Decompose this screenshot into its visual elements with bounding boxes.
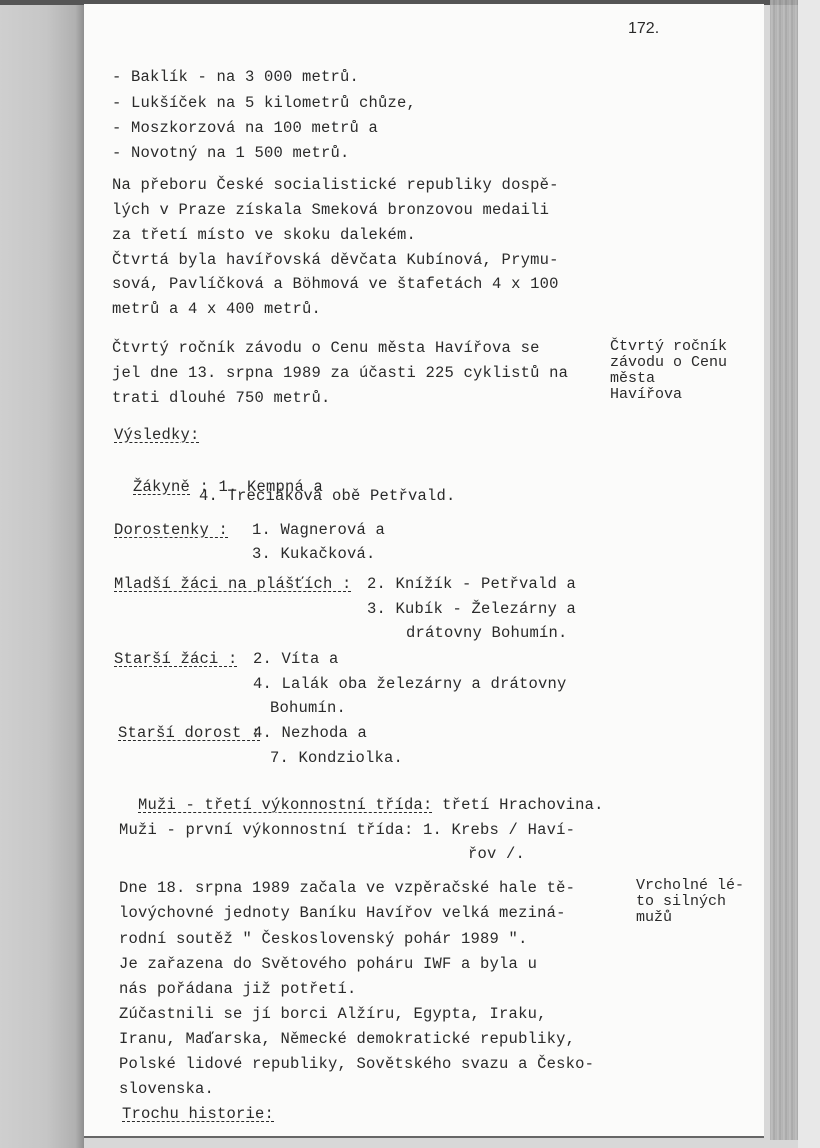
result-entry: drátovny Bohumín. [406, 626, 568, 642]
result-entry: 1. Wagnerová a [252, 523, 385, 539]
margin-note: Čtvrtý ročník závodu o Cenu města Havířo… [610, 339, 727, 403]
paragraph-line: Je zařazena do Světového poháru IWF a by… [119, 957, 537, 973]
paragraph-line: sová, Pavlíčková a Böhmová ve štafetách … [112, 277, 559, 293]
page-number: 172. [628, 20, 659, 38]
result-entry: 4. Nezhoda a [253, 726, 367, 742]
paragraph-line: za třetí místo ve skoku dalekém. [112, 228, 416, 244]
result-entry: Muži - první výkonnostní třída: 1. Krebs… [119, 823, 575, 839]
result-entry: 4. Treciáková obě Petřvald. [199, 489, 456, 505]
paragraph-line: Polské lidové republiky, Sovětského svaz… [119, 1057, 594, 1073]
result-entry: 3. Kukačková. [252, 547, 376, 563]
result-entry: 2. Víta a [253, 652, 339, 668]
list-item: - Baklík - na 3 000 metrů. [112, 70, 359, 86]
paragraph-line: jel dne 13. srpna 1989 za účasti 225 cyk… [112, 366, 568, 382]
paragraph-line: Zúčastnili se jí borci Alžíru, Egypta, I… [119, 1007, 547, 1023]
result-entry: 7. Kondziolka. [270, 751, 403, 767]
result-entry: 2. Knížík - Petřvald a [367, 577, 576, 593]
category-label: Žákyně [133, 478, 190, 496]
paragraph-line: rodní soutěž " Československý pohár 1989… [119, 932, 528, 948]
book-binding-shadow [0, 0, 84, 1148]
list-item: - Moszkorzová na 100 metrů a [112, 121, 378, 137]
category-label: Mladší žáci na plášťích : [114, 577, 352, 593]
result-entry: řov /. [468, 847, 525, 863]
category-label: Starší dorost : [118, 726, 261, 742]
results-heading: Výsledky: [114, 428, 200, 444]
page-stack-edge [770, 0, 798, 1140]
result-entry: 4. Lalák oba železárny a drátovny [253, 677, 567, 693]
paragraph-line: lých v Praze získala Smeková bronzovou m… [112, 203, 549, 219]
list-item: - Novotný na 1 500 metrů. [112, 146, 350, 162]
paragraph-line: nás pořádana již potřetí. [119, 982, 357, 998]
paragraph-line: Čtvrtá byla havířovská děvčata Kubínová,… [112, 253, 559, 269]
category-label: Muži - třetí výkonnostní třída: [138, 796, 433, 814]
result-entry: třetí Hrachovina. [433, 796, 604, 814]
result-entry: Bohumín. [270, 701, 346, 717]
paragraph-line: Dne 18. srpna 1989 začala ve vzpěračské … [119, 881, 575, 897]
paragraph-line: Čtvrtý ročník závodu o Cenu města Havířo… [112, 341, 540, 357]
paragraph-line: Na přeboru České socialistické republiky… [112, 178, 559, 194]
paragraph-line: Iranu, Maďarska, Německé demokratické re… [119, 1032, 575, 1048]
list-item: - Lukšíček na 5 kilometrů chůze, [112, 96, 416, 112]
category-label: Starší žáci : [114, 652, 238, 668]
paragraph-line: lovýchovné jednoty Baníku Havířov velká … [119, 906, 566, 922]
margin-note: Vrcholné lé- to silných mužů [636, 878, 744, 926]
category-label: Dorostenky : [114, 523, 228, 539]
paragraph-line: slovenska. [119, 1082, 214, 1098]
paragraph-line: trati dlouhé 750 metrů. [112, 391, 331, 407]
paragraph-line: metrů a 4 x 400 metrů. [112, 302, 321, 318]
next-page-edge [798, 0, 820, 1148]
section-heading: Trochu historie: [122, 1107, 274, 1123]
result-entry: 3. Kubík - Železárny a [367, 602, 576, 618]
